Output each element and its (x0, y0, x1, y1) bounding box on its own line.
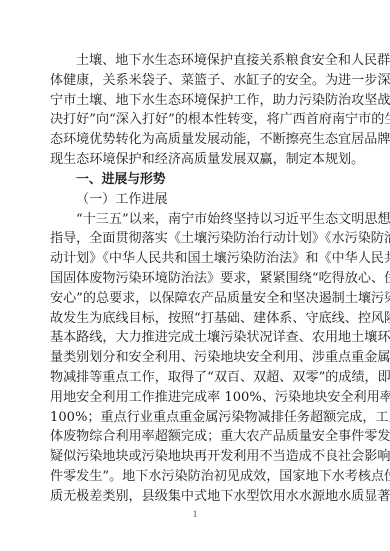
paragraph-intro-line: 现生态环境保护和经济高质量发展双赢，制定本规划。 (50, 150, 342, 170)
paragraph-progress-line: 指导，全面贯彻落实《土壤污染防治行动计划》《水污染防治行 (50, 229, 342, 249)
paragraph-intro-line: 态环境优势转化为高质量发展动能，不断擦亮生态宜居品牌，实 (50, 130, 342, 150)
paragraph-progress-line: 100%；重点行业重点重金属污染物减排任务超额完成，工业固 (50, 408, 342, 428)
document-page: 土壤、地下水生态环境保护直接关系粮食安全和人民群众身 体健康，关系米袋子、菜篮子… (0, 0, 390, 551)
paragraph-intro-line: 决打好”向“深入打好”的根本性转变，将广西首府南宁市的生 (50, 110, 342, 130)
paragraph-progress-line: 量类别划分和安全利用、污染地块安全利用、涉重点重金属污染 (50, 348, 342, 368)
paragraph-progress-line: 疑似污染地块或污染地块再开发利用不当造成不良社会影响事 (50, 447, 342, 467)
subsection-heading: （一）工作进展 (50, 190, 342, 210)
page-number: 1 (190, 509, 200, 519)
paragraph-intro-line: 体健康，关系米袋子、菜篮子、水缸子的安全。为进一步深化南 (50, 71, 342, 91)
paragraph-progress-line: 故发生为底线目标，按照“打基础、建体系、守底线、控风险” (50, 309, 342, 329)
document-body: 土壤、地下水生态环境保护直接关系粮食安全和人民群众身 体健康，关系米袋子、菜篮子… (50, 51, 342, 507)
paragraph-progress-line: 国固体废物污染环境防治法》要求，紧紧围绕“吃得放心、住得 (50, 269, 342, 289)
paragraph-progress-line: 安心”的总要求，以保障农产品质量安全和坚决遏制土壤污染事 (50, 289, 342, 309)
paragraph-progress-line: 件零发生”。地下水污染防治初见成效，国家地下水考核点位水 (50, 467, 342, 487)
paragraph-intro-line: 土壤、地下水生态环境保护直接关系粮食安全和人民群众身 (50, 51, 342, 71)
paragraph-progress-line: 质无极差类别，县级集中式地下水型饮用水水源地水质显著改 (50, 487, 342, 507)
paragraph-progress-line: “十三五”以来，南宁市始终坚持以习近平生态文明思想为 (50, 210, 342, 230)
paragraph-progress-line: 体废物综合利用率超额完成；重大农产品质量安全事件零发生， (50, 427, 342, 447)
paragraph-progress-line: 基本路线，大力推进完成土壤污染状况详查、农用地土壤环境质 (50, 328, 342, 348)
paragraph-intro-line: 宁市土壤、地下水生态环境保护工作，助力污染防治攻坚战由“坚 (50, 91, 342, 111)
paragraph-progress-line: 动计划》《中华人民共和国土壤污染防治法》和《中华人民共和 (50, 249, 342, 269)
section-heading: 一、进展与形势 (50, 170, 342, 190)
paragraph-progress-line: 用地安全利用工作推进完成率 100%、污染地块安全利用率 (50, 388, 342, 408)
paragraph-progress-line: 物减排等重点工作，取得了“双百、双超、双零”的成绩，即“农 (50, 368, 342, 388)
